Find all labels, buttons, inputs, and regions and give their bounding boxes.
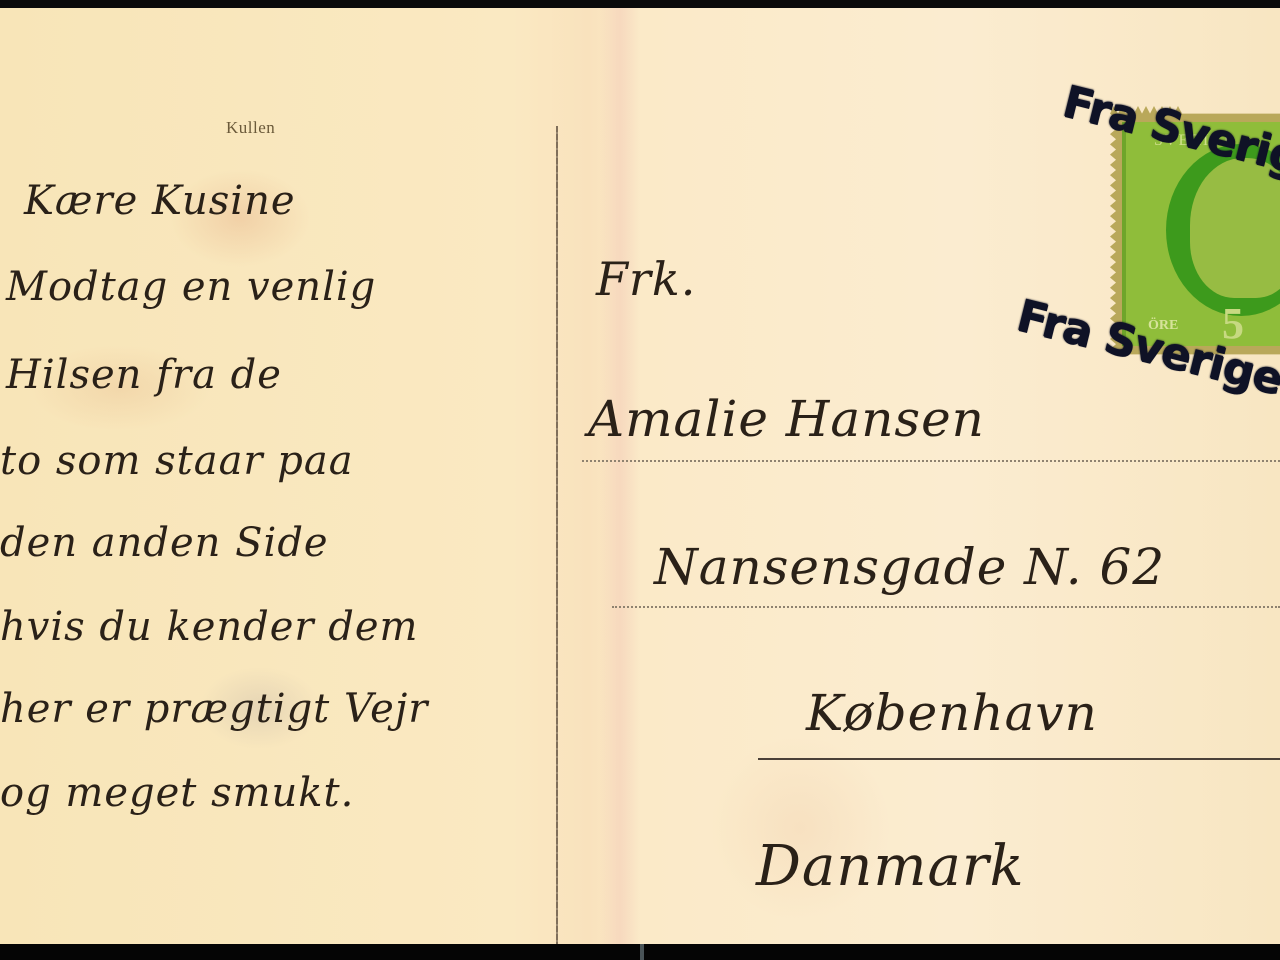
king-portrait-icon xyxy=(1190,158,1280,298)
postcard-back: Kullen Kære Kusine Modtag en venlig Hils… xyxy=(0,8,1280,944)
message-line: her er prægtigt Vejr xyxy=(0,686,428,732)
address-line-2 xyxy=(612,606,1280,608)
address-title: Frk. xyxy=(596,252,696,306)
location-heading: Kullen xyxy=(226,118,275,138)
paper-discoloration xyxy=(600,8,640,944)
address-name: Amalie Hansen xyxy=(588,390,985,448)
message-line: to som staar paa xyxy=(0,438,354,484)
center-divider-line xyxy=(556,126,558,944)
message-line: hvis du kender dem xyxy=(0,604,418,650)
message-line: Hilsen fra de xyxy=(6,352,282,398)
message-line: Modtag en venlig xyxy=(6,264,376,310)
message-line: og meget smukt. xyxy=(0,770,354,816)
address-city: København xyxy=(806,684,1098,742)
message-line: den anden Side xyxy=(0,520,329,566)
address-country: Danmark xyxy=(756,834,1025,899)
bottom-border-tick xyxy=(640,944,644,960)
address-line-1 xyxy=(582,460,1280,462)
address-street: Nansensgade N. 62 xyxy=(654,538,1165,596)
message-line: Kære Kusine xyxy=(24,178,296,224)
address-line-3 xyxy=(758,758,1280,760)
